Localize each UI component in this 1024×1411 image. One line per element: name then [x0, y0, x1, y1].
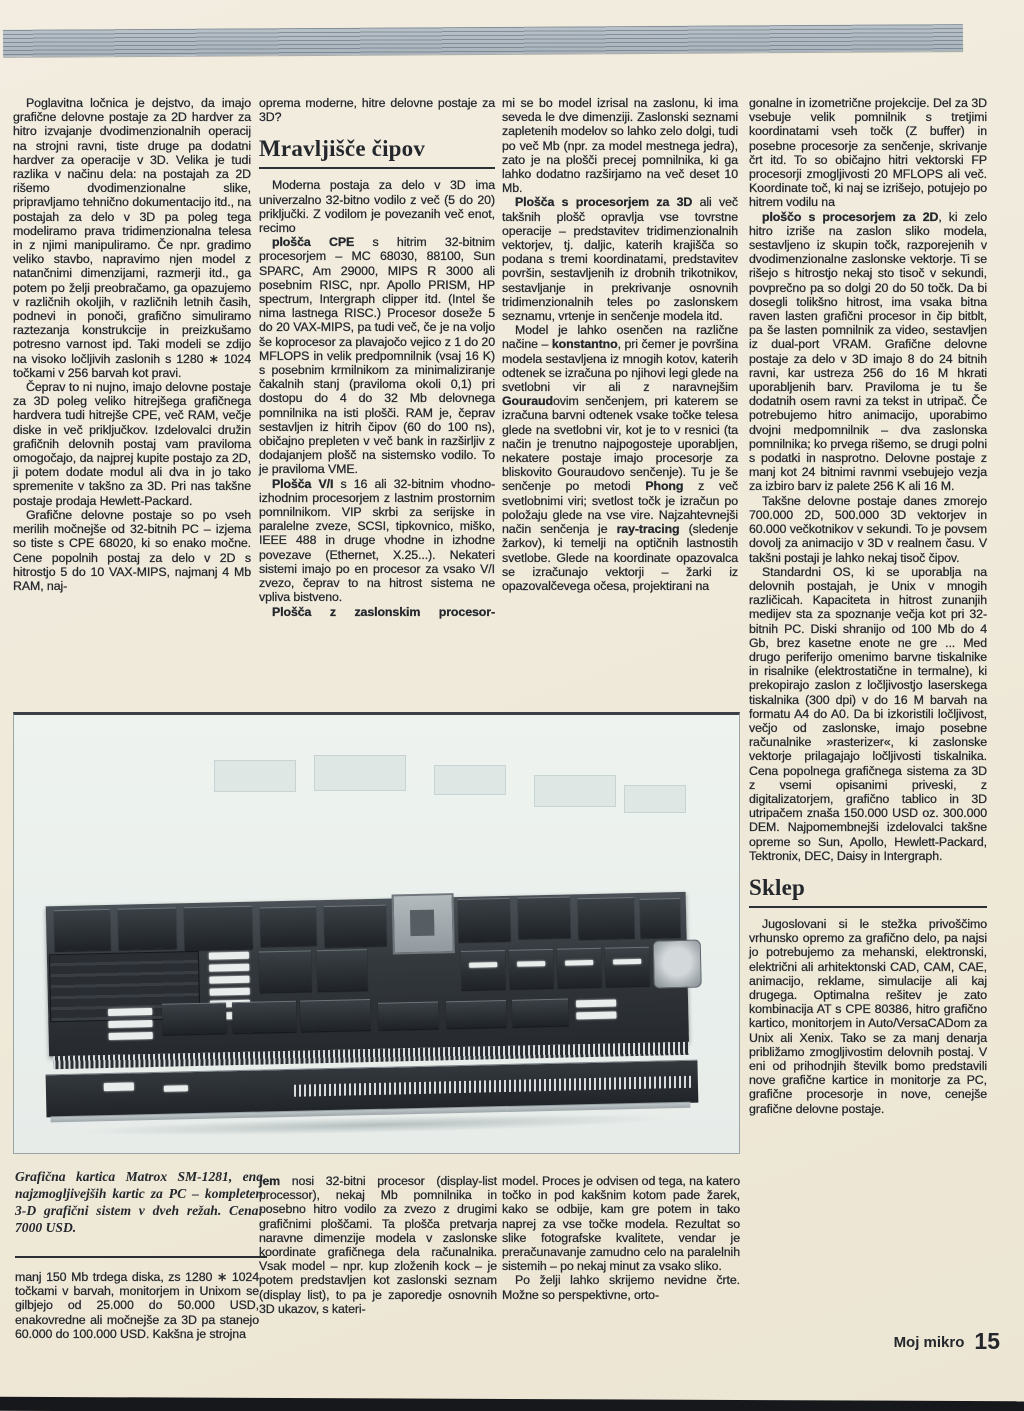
chip — [613, 959, 641, 965]
paragraph: Grafične delovne postaje so po vseh meri… — [13, 508, 251, 593]
chip — [209, 964, 249, 972]
heading-rule — [259, 167, 495, 169]
paragraph: Standardni OS, ki se uporablja na delovn… — [749, 565, 987, 863]
paragraph: Plošča s procesorjem za 3D ali več takšn… — [502, 195, 738, 323]
chip — [576, 1011, 616, 1019]
chip — [518, 896, 571, 938]
chip — [209, 952, 249, 960]
paragraph: Plošča V/I s 16 ali 32-bitnim vhodno-izh… — [259, 477, 495, 605]
chip — [118, 907, 177, 949]
column-1: Poglavitna ločnica je dejstvo, da imajo … — [13, 96, 251, 593]
chip — [104, 1082, 134, 1091]
ghost-component — [534, 775, 616, 807]
chip — [517, 961, 545, 967]
ghost-component — [314, 755, 406, 791]
chip — [557, 948, 602, 988]
chip — [458, 898, 511, 942]
chip — [512, 999, 569, 1027]
chip — [164, 1085, 188, 1092]
chip — [108, 1008, 152, 1016]
paragraph: manj 150 Mb trdega diska, zs 1280 ∗ 1024… — [15, 1270, 259, 1341]
chip — [162, 1002, 227, 1034]
chip — [109, 1032, 153, 1040]
heading-rule — [749, 906, 987, 908]
paragraph: gonalne in izometrične projekcije. Del z… — [749, 96, 987, 210]
chip — [446, 1000, 507, 1028]
chip — [576, 999, 616, 1007]
top-stripe-band — [3, 24, 963, 57]
chip — [469, 962, 497, 968]
chip — [378, 1002, 439, 1030]
column-2: oprema moderne, hitre delovne postaje za… — [259, 96, 495, 619]
chip — [605, 947, 650, 987]
chip — [324, 905, 387, 947]
chip — [54, 909, 111, 951]
chip — [210, 988, 250, 996]
column-3-continued: model. Proces je odvisen od tega, na kat… — [502, 1174, 740, 1302]
paragraph: oprema moderne, hitre delovne postaje za… — [259, 96, 495, 124]
section-heading-sklep: Sklep — [749, 875, 987, 901]
paragraph: ploščo s procesorjem za 2D, ki zelo hitr… — [749, 210, 987, 494]
column-4: gonalne in izometrične projekcije. Del z… — [749, 96, 987, 1116]
ghost-component — [214, 760, 296, 792]
chip — [565, 960, 593, 966]
chip — [260, 906, 317, 946]
bottom-scan-edge — [0, 1397, 1024, 1411]
chip — [259, 950, 312, 992]
chip — [392, 893, 455, 954]
paragraph: Model je lahko osenčen na različne način… — [502, 323, 738, 593]
chip — [317, 949, 368, 991]
paragraph: Čeprav to ni nujno, imajo delovne postaj… — [13, 380, 251, 508]
ghost-component — [624, 785, 686, 813]
paragraph: plošča CPE s hitrim 32-bitnim procesorje… — [259, 235, 495, 476]
paragraph: Plošča z zaslonskim procesor- — [259, 605, 495, 619]
caption-rule — [15, 1256, 267, 1258]
chip — [184, 906, 253, 951]
paragraph: Poglavitna ločnica je dejstvo, da imajo … — [13, 96, 251, 380]
chip — [300, 999, 371, 1032]
column-3: mi se bo model izrisal na zaslonu, ki im… — [502, 96, 738, 593]
chip — [578, 897, 635, 939]
ghost-component — [434, 765, 506, 795]
page-number: 15 — [974, 1328, 1000, 1354]
paragraph: Moderna postaja za delo v 3D ima univerz… — [259, 178, 495, 235]
chip — [461, 950, 506, 990]
circuit-board — [39, 880, 704, 1125]
paragraph: Takšne delovne postaje danes zmorejo 700… — [749, 494, 987, 565]
paragraph: model. Proces je odvisen od tega, na kat… — [502, 1174, 740, 1273]
chip — [209, 976, 249, 984]
chip — [640, 898, 681, 938]
section-heading-mravljisce-cipov: Mravljišče čipov — [259, 136, 495, 162]
column-1-continued: manj 150 Mb trdega diska, zs 1280 ∗ 1024… — [15, 1270, 259, 1341]
chip — [509, 949, 554, 989]
paragraph: Po želji lahko skrijemo nevidne črte. Mo… — [502, 1273, 740, 1301]
paragraph: mi se bo model izrisal na zaslonu, ki im… — [502, 96, 738, 195]
photo-caption: Grafična kartica Matrox SM-1281, ena naj… — [15, 1168, 263, 1236]
magazine-title: Moj mikro — [894, 1334, 965, 1351]
chip — [232, 1001, 297, 1033]
chip — [653, 940, 702, 989]
circuit-board-photo — [13, 712, 740, 1154]
paragraph: jem nosi 32-bitni procesor (display-list… — [259, 1174, 497, 1316]
paragraph: Jugoslovani si le stežka privoščimo vrhu… — [749, 917, 987, 1116]
column-2-continued: jem nosi 32-bitni procesor (display-list… — [259, 1174, 497, 1316]
chip — [108, 1020, 152, 1028]
page-footer: Moj mikro15 — [800, 1328, 1000, 1355]
